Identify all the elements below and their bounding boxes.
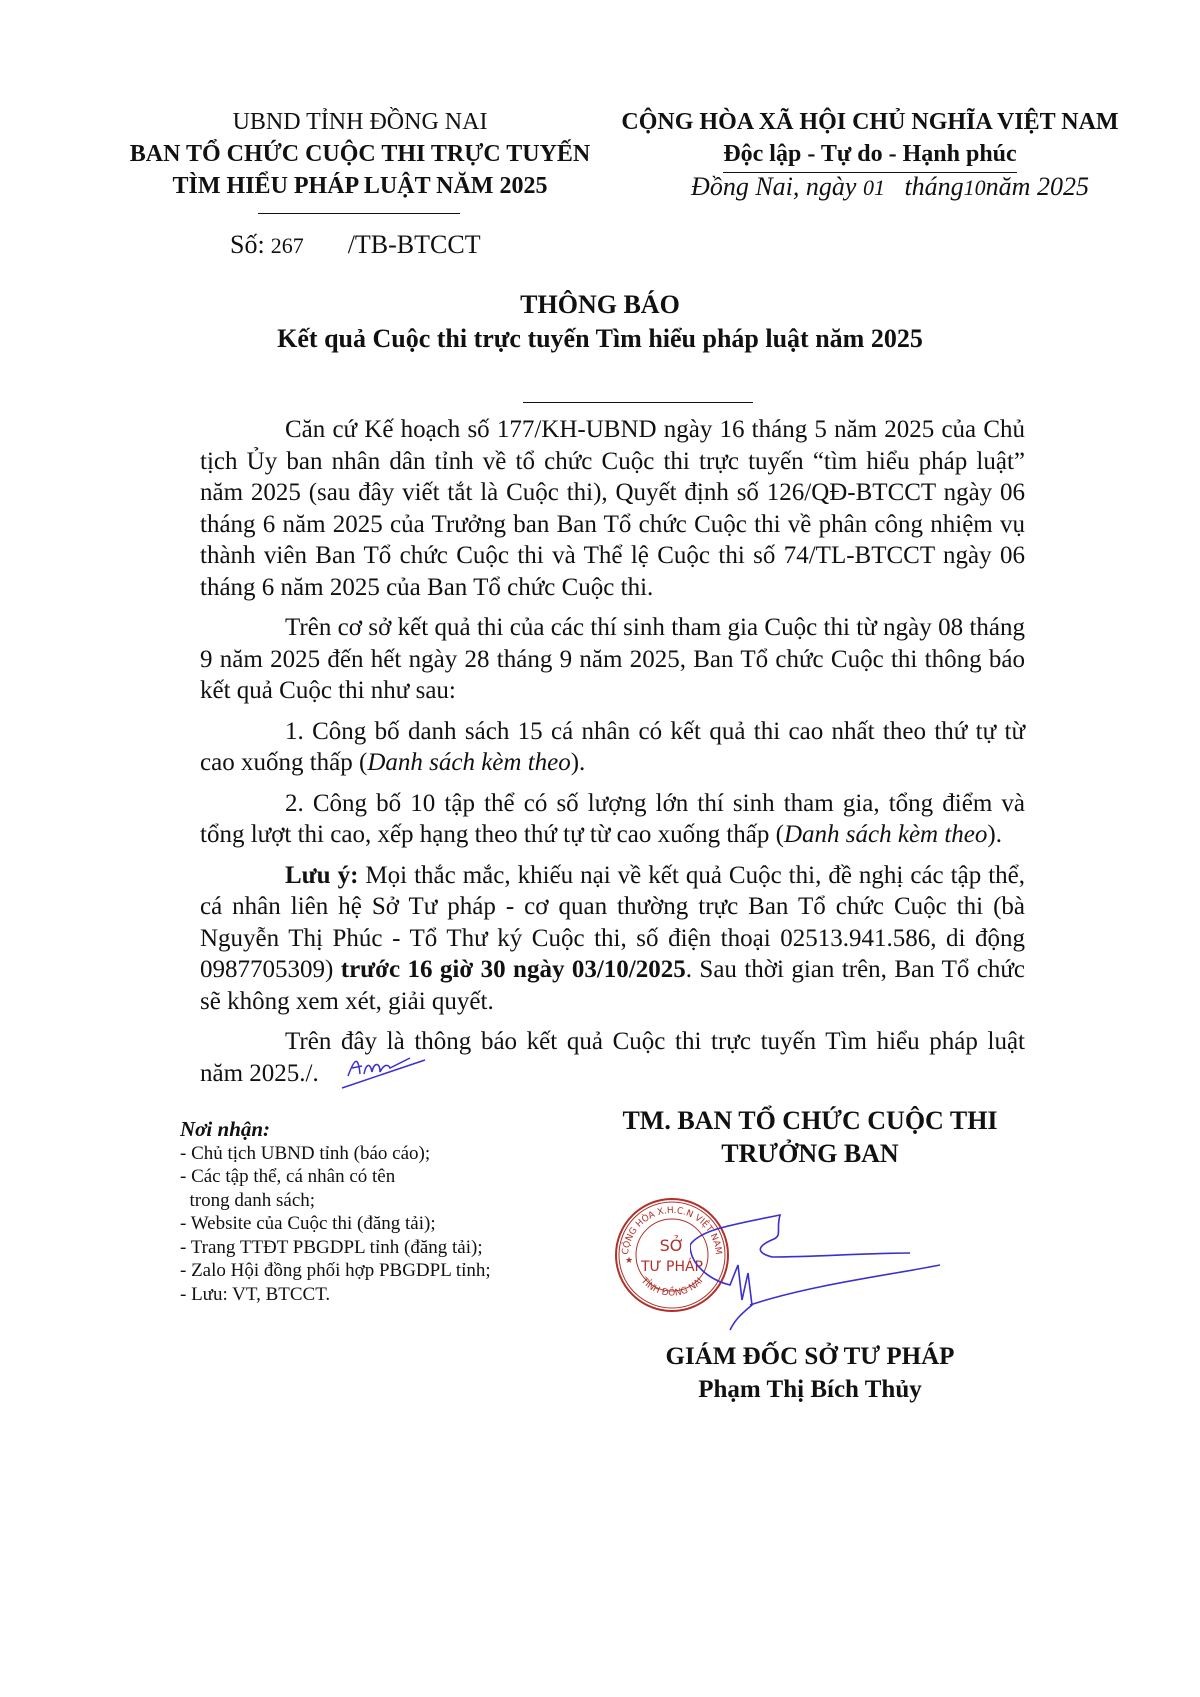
- paragraph-note: Lưu ý: Mọi thắc mắc, khiếu nại về kết qu…: [200, 860, 1025, 1018]
- paragraph-item-1: 1. Công bố danh sách 15 cá nhân có kết q…: [200, 716, 1025, 779]
- recipient-item: - Lưu: VT, BTCCT.: [180, 1283, 580, 1307]
- note-label: Lưu ý:: [285, 862, 358, 889]
- agency-parent: UBND TỈNH ĐỒNG NAI: [100, 106, 620, 138]
- title-main: THÔNG BÁO: [100, 288, 1100, 322]
- country-name: CỘNG HÒA XÃ HỘI CHỦ NGHĨA VIỆT NAM: [620, 106, 1120, 138]
- number-suffix: /TB-BTCCT: [348, 230, 481, 259]
- document-title: THÔNG BÁO Kết quả Cuộc thi trực tuyến Tì…: [100, 288, 1100, 356]
- svg-text:SỞ: SỞ: [660, 1235, 685, 1255]
- initials-mark-icon: [340, 1046, 430, 1091]
- title-sub: Kết quả Cuộc thi trực tuyến Tìm hiểu phá…: [100, 322, 1100, 356]
- issuing-agency-header: UBND TỈNH ĐỒNG NAI BAN TỔ CHỨC CUỘC THI …: [100, 106, 620, 202]
- date-prefix: Đồng Nai, ngày: [691, 172, 856, 201]
- agency-name-line2: TÌM HIỂU PHÁP LUẬT NĂM 2025: [100, 170, 620, 202]
- paragraph-results: Trên cơ sở kết quả thi của các thí sinh …: [200, 612, 1025, 707]
- header-divider: [258, 213, 460, 214]
- document-date: Đồng Nai, ngày 01 tháng10năm 2025: [630, 172, 1150, 202]
- recipient-item: - Zalo Hội đồng phối hợp PBGDPL tỉnh;: [180, 1259, 580, 1283]
- agency-name: BAN TỔ CHỨC CUỘC THI TRỰC TUYẾN: [100, 138, 620, 170]
- on-behalf-of: TM. BAN TỔ CHỨC CUỘC THI: [600, 1104, 1020, 1137]
- signer-title: GIÁM ĐỐC SỞ TƯ PHÁP: [600, 1340, 1020, 1373]
- number-value: 267: [271, 233, 304, 258]
- title-divider: [523, 402, 753, 403]
- date-month-label: tháng: [904, 172, 963, 201]
- recipient-item: - Website của Cuộc thi (đăng tải);: [180, 1212, 580, 1236]
- item-2-end: ).: [987, 821, 1002, 848]
- recipient-item: - Chủ tịch UBND tỉnh (báo cáo);: [180, 1142, 580, 1166]
- signer-block: GIÁM ĐỐC SỞ TƯ PHÁP Phạm Thị Bích Thủy: [600, 1340, 1020, 1406]
- note-deadline: trước 16 giờ 30 ngày 03/10/2025: [341, 956, 686, 983]
- date-year: năm 2025: [986, 172, 1089, 201]
- svg-text:★: ★: [625, 1255, 633, 1265]
- signer-role: TRƯỞNG BAN: [600, 1137, 1020, 1170]
- national-header: CỘNG HÒA XÃ HỘI CHỦ NGHĨA VIỆT NAM Độc l…: [620, 106, 1120, 173]
- signature-authority: TM. BAN TỔ CHỨC CUỘC THI TRƯỞNG BAN: [600, 1104, 1020, 1170]
- document-number: Số:267/TB-BTCCT: [230, 230, 481, 260]
- recipients-list: Nơi nhận: - Chủ tịch UBND tỉnh (báo cáo)…: [180, 1118, 580, 1306]
- national-motto: Độc lập - Tự do - Hạnh phúc: [723, 138, 1016, 173]
- document-body: Căn cứ Kế hoạch số 177/KH-UBND ngày 16 t…: [200, 414, 1025, 1098]
- item-1-text: 1. Công bố danh sách 15 cá nhân có kết q…: [200, 718, 1025, 777]
- date-month: 10: [964, 175, 986, 200]
- recipient-item: - Trang TTĐT PBGDPL tỉnh (đăng tải);: [180, 1236, 580, 1260]
- paragraph-item-2: 2. Công bố 10 tập thể có số lượng lớn th…: [200, 788, 1025, 851]
- number-label: Số:: [230, 230, 265, 259]
- item-2-attachment: Danh sách kèm theo: [784, 821, 987, 848]
- recipient-item: - Các tập thể, cá nhân có tên: [180, 1165, 580, 1189]
- item-1-attachment: Danh sách kèm theo: [367, 749, 570, 776]
- paragraph-basis: Căn cứ Kế hoạch số 177/KH-UBND ngày 16 t…: [200, 414, 1025, 603]
- recipient-item: trong danh sách;: [180, 1189, 580, 1213]
- recipients-heading: Nơi nhận:: [180, 1118, 580, 1142]
- signer-name: Phạm Thị Bích Thủy: [600, 1373, 1020, 1406]
- paragraph-closing: Trên đây là thông báo kết quả Cuộc thi t…: [200, 1026, 1025, 1089]
- item-1-end: ).: [571, 749, 586, 776]
- handwritten-signature-icon: [690, 1205, 1010, 1335]
- date-day: 01: [863, 175, 885, 200]
